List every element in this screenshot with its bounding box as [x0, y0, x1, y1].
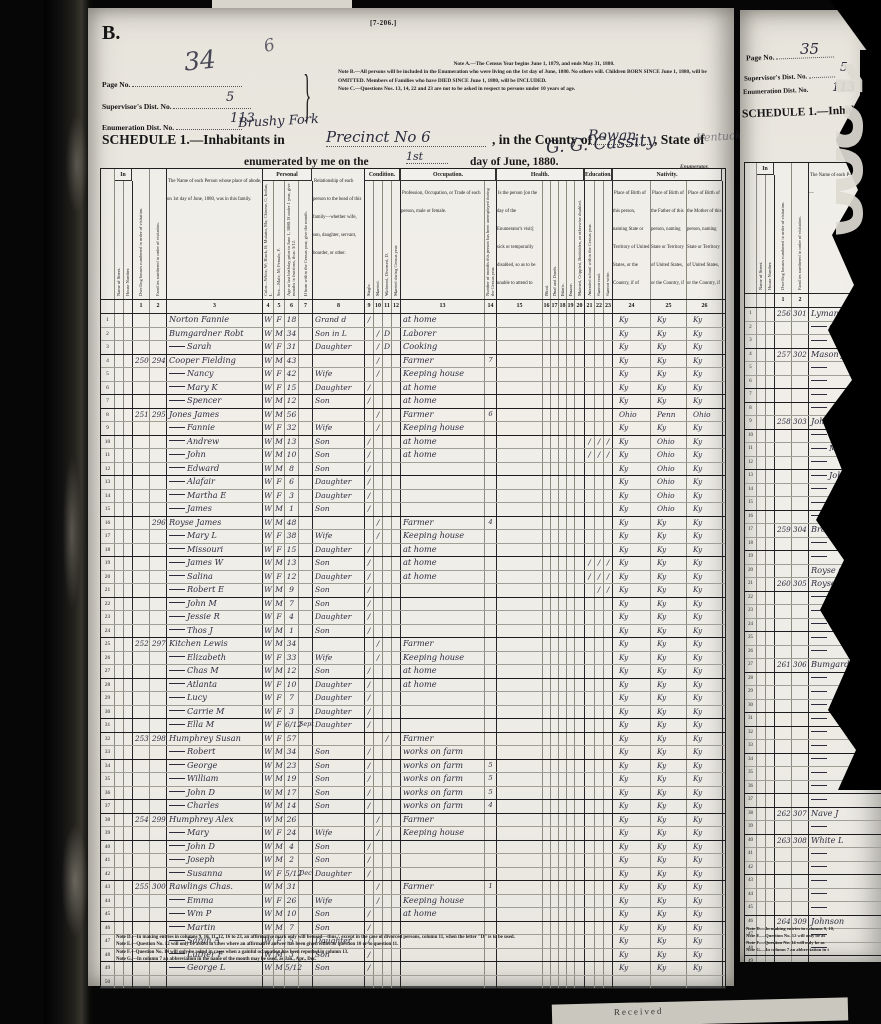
cell-mc — [392, 800, 401, 813]
cell-house — [766, 524, 775, 537]
cell-cw — [604, 854, 613, 867]
cell-in — [567, 409, 575, 422]
cell-sx: F — [274, 827, 285, 840]
cell-sc — [585, 814, 595, 827]
cell-c: W — [263, 868, 274, 881]
cell-dw — [775, 754, 792, 767]
cell-mc — [392, 476, 401, 489]
cell-street — [757, 497, 766, 510]
table-row: 9FannieWF32Wife/Keeping houseKyKyKy — [101, 421, 725, 435]
cell-ln: 31 — [101, 719, 115, 732]
cell-house — [124, 436, 133, 449]
cell-cw — [604, 611, 613, 624]
table-row: 7SpencerWM12Son/at homeKyKyKy — [101, 394, 725, 408]
cell-c: W — [263, 827, 274, 840]
cell-dw — [775, 713, 792, 726]
cell-nm: Wm P — [167, 908, 263, 921]
cell-mr: / — [374, 827, 383, 840]
cell-ln: 3 — [745, 335, 757, 348]
cell-street — [115, 719, 124, 732]
cell-mm — [575, 598, 585, 611]
cell-ag: 15 — [285, 544, 299, 557]
cell-mm — [575, 436, 585, 449]
cell-sick — [497, 328, 543, 341]
cell-oc: at home — [401, 908, 485, 921]
cell-mr — [374, 584, 383, 597]
cell-mr — [374, 382, 383, 395]
cell-rl: Son — [313, 557, 365, 570]
cell-nm: Spencer — [167, 395, 263, 408]
cell-pm: Ky — [687, 436, 723, 449]
cell-mo — [299, 814, 313, 827]
cell-dw — [775, 484, 792, 497]
cell-fm — [150, 368, 167, 381]
cell-house — [766, 443, 775, 456]
cell-bl — [543, 814, 551, 827]
cell-cw — [604, 773, 613, 786]
cell-cw — [604, 314, 613, 327]
cell-dw — [775, 565, 792, 578]
cell-house — [124, 787, 133, 800]
cell-house — [124, 517, 133, 530]
cell-cr — [595, 962, 604, 975]
cell-ln: 41 — [101, 854, 115, 867]
cell-fm: 294 — [150, 355, 167, 368]
cell-sc — [585, 800, 595, 813]
cell-fm — [150, 868, 167, 881]
cell-pm: Ky — [687, 449, 723, 462]
cell-bl — [543, 854, 551, 867]
cell-bl — [543, 409, 551, 422]
cell-street — [757, 416, 766, 429]
cell-mc — [392, 746, 401, 759]
cell-mc — [392, 881, 401, 894]
cell-sg: / — [365, 557, 374, 570]
cell-id — [559, 827, 567, 840]
cell-fm — [792, 659, 809, 672]
cell-sg: / — [365, 679, 374, 692]
cell-house — [766, 848, 775, 861]
cell-pm: Ky — [687, 652, 723, 665]
cell-fm — [792, 457, 809, 470]
cell-dw — [133, 719, 150, 732]
cell-sick — [497, 341, 543, 354]
cell-mr: / — [374, 355, 383, 368]
cell-mo — [299, 584, 313, 597]
cell-sick — [497, 976, 543, 989]
cell-oc: at home — [401, 436, 485, 449]
cell-oc: at home — [401, 449, 485, 462]
cell-pb: Ky — [613, 638, 651, 651]
cell-house — [124, 544, 133, 557]
cell-mu — [485, 854, 497, 867]
cell-rl: Son — [313, 463, 365, 476]
cell-mu — [485, 706, 497, 719]
cell-nm: Edward — [167, 463, 263, 476]
cell-cr: / — [595, 449, 604, 462]
column-number — [101, 300, 115, 313]
cell-sg: / — [365, 584, 374, 597]
film-frame-number: 1200 — [836, 58, 881, 388]
cell-mo — [299, 503, 313, 516]
cell-cw — [604, 827, 613, 840]
cell-mc — [392, 449, 401, 462]
cell-house — [766, 457, 775, 470]
cell-id — [559, 314, 567, 327]
table-row: 41JosephWM2Son/KyKyKy — [101, 853, 725, 867]
cell-sg: / — [365, 922, 374, 935]
cell-id — [559, 368, 567, 381]
cell-dw — [133, 895, 150, 908]
cell-house — [766, 322, 775, 335]
cell-df — [551, 719, 559, 732]
cell-cr — [595, 733, 604, 746]
cell-fm: 298 — [150, 733, 167, 746]
cell-house — [766, 821, 775, 834]
cell-house — [124, 611, 133, 624]
cell-fm — [150, 571, 167, 584]
cell-mc — [392, 976, 401, 989]
cell-pf: Ky — [651, 787, 687, 800]
column-label: If born within the Census year, give the… — [303, 183, 308, 296]
cell-street — [115, 868, 124, 881]
cell-ln: 19 — [101, 557, 115, 570]
cell-sick — [497, 679, 543, 692]
cell-dw — [775, 619, 792, 632]
cell-wd — [383, 787, 392, 800]
cell-bl — [543, 976, 551, 989]
column-number: 21 — [585, 300, 595, 313]
cell-mr — [374, 733, 383, 746]
cell-pf: Ky — [651, 557, 687, 570]
cell-id — [559, 800, 567, 813]
cell-pb: Ky — [613, 328, 651, 341]
cell-pm: Ky — [687, 517, 723, 530]
cell-mr — [374, 449, 383, 462]
column-header: Blind./ — [543, 181, 551, 299]
cell-nm: Nancy — [167, 368, 263, 381]
cell-sick — [497, 638, 543, 651]
cell-mo — [299, 800, 313, 813]
cell-dw — [775, 362, 792, 375]
cell-ln: 39 — [745, 821, 757, 834]
cell-dw — [775, 605, 792, 618]
column-header: Insane./ — [567, 181, 575, 299]
cell-ln: 15 — [101, 503, 115, 516]
cell-sc — [585, 490, 595, 503]
cell-sg: / — [365, 746, 374, 759]
cell-mo — [299, 544, 313, 557]
cell-ln: 10 — [745, 430, 757, 443]
cell-mu — [485, 733, 497, 746]
cell-in — [567, 908, 575, 921]
cell-fm — [150, 625, 167, 638]
cell-bl — [543, 881, 551, 894]
cell-sick — [497, 908, 543, 921]
cell-street — [115, 557, 124, 570]
cell-pm: Ky — [687, 881, 723, 894]
cell-cw — [604, 382, 613, 395]
cell-dw — [775, 781, 792, 794]
cell-mr — [374, 611, 383, 624]
column-header — [745, 163, 757, 293]
rp-sup-line — [809, 68, 835, 78]
cell-pf: Ky — [651, 598, 687, 611]
column-number: 1 — [133, 300, 150, 313]
cell-fm — [150, 962, 167, 975]
cell-dw — [775, 443, 792, 456]
cell-id — [559, 355, 567, 368]
cell-fm — [150, 436, 167, 449]
table-row: 12EdwardWM8Son/KyOhioKy — [101, 462, 725, 476]
cell-pm: Ky — [687, 908, 723, 921]
cell-mo — [299, 895, 313, 908]
cell-sc — [585, 476, 595, 489]
cell-ln: 9 — [745, 416, 757, 429]
cell-street — [115, 476, 124, 489]
cell-sx: F — [274, 652, 285, 665]
printed-notes: Note A.—The Census Year begins June 1, 1… — [338, 60, 730, 94]
cell-cr — [595, 841, 604, 854]
column-number: 20 — [575, 300, 585, 313]
cell-fm — [150, 976, 167, 989]
cell-cr — [595, 382, 604, 395]
cell-house — [124, 760, 133, 773]
cell-pf: Ky — [651, 679, 687, 692]
cell-nm: Elizabeth — [167, 652, 263, 665]
table-row: 3SarahWF31Daughter/DCookingKyKyKy — [101, 340, 725, 354]
cell-ag: 6 — [285, 476, 299, 489]
cell-wd — [383, 760, 392, 773]
cell-sx — [274, 976, 285, 989]
cell-house — [124, 341, 133, 354]
cell-mu — [485, 719, 497, 732]
cell-mr — [374, 395, 383, 408]
cell-mo — [299, 355, 313, 368]
cell-street — [115, 584, 124, 597]
cell-sg: / — [365, 314, 374, 327]
cell-bl — [543, 706, 551, 719]
cell-street — [757, 875, 766, 888]
column-header: Relationship of each person to the head … — [313, 169, 365, 299]
cell-oc — [401, 922, 485, 935]
column-number — [115, 300, 124, 313]
cell-nm: Lucy — [167, 692, 263, 705]
cell-sc — [585, 544, 595, 557]
cell-c: W — [263, 584, 274, 597]
cell-sc — [585, 854, 595, 867]
cell-mo — [299, 436, 313, 449]
cell-fm: 299 — [150, 814, 167, 827]
cell-ln: 11 — [745, 443, 757, 456]
cell-in — [567, 625, 575, 638]
cell-sick — [497, 598, 543, 611]
cell-mm — [575, 962, 585, 975]
table-row: 38262 307Nave J — [745, 807, 881, 821]
cell-house — [124, 530, 133, 543]
cell-id — [559, 760, 567, 773]
cell-wd — [383, 422, 392, 435]
cell-ln: 33 — [101, 746, 115, 759]
cell-ln: 23 — [101, 611, 115, 624]
cell-dw: 258 303 — [775, 416, 792, 429]
cell-oc — [401, 476, 485, 489]
cell-house — [766, 902, 775, 915]
cell-pf: Ky — [651, 517, 687, 530]
cell-dw — [133, 314, 150, 327]
cell-dw — [133, 922, 150, 935]
cell-sick — [497, 517, 543, 530]
cell-fm — [150, 692, 167, 705]
cell-dw — [133, 436, 150, 449]
cell-sg: / — [365, 571, 374, 584]
cell-pf: Ky — [651, 328, 687, 341]
cell-sg: / — [365, 692, 374, 705]
cell-street — [757, 443, 766, 456]
cell-wd — [383, 922, 392, 935]
cell-mc — [392, 571, 401, 584]
footnote-line: Note E.—Question No. 12 will only be as — [746, 933, 881, 940]
cell-street — [115, 733, 124, 746]
table-row: 30Carrie MWF3Daughter/KyKyKy — [101, 705, 725, 719]
cell-cr: / — [595, 557, 604, 570]
cell-in — [567, 517, 575, 530]
column-label: Married. — [375, 183, 380, 296]
cell-mu — [485, 314, 497, 327]
cell-mu — [485, 503, 497, 516]
cell-sx: F — [274, 382, 285, 395]
cell-pm: Ky — [687, 395, 723, 408]
cell-id — [559, 517, 567, 530]
cell-fm — [150, 922, 167, 935]
cell-pf: Ky — [651, 625, 687, 638]
cell-cw — [604, 814, 613, 827]
cell-pb: Ohio — [613, 409, 651, 422]
cell-oc: works on farm — [401, 787, 485, 800]
cell-dw — [133, 341, 150, 354]
cell-oc: at home — [401, 679, 485, 692]
cell-id — [559, 908, 567, 921]
cell-nm — [167, 976, 263, 989]
cell-cw — [604, 679, 613, 692]
cell-mc — [392, 598, 401, 611]
cell-mm — [575, 571, 585, 584]
cell-pm: Ky — [687, 422, 723, 435]
cell-in — [567, 571, 575, 584]
cell-cr — [595, 908, 604, 921]
cell-cr — [595, 868, 604, 881]
cell-df — [551, 476, 559, 489]
cell-pb: Ky — [613, 800, 651, 813]
cell-nm: Martin — [167, 922, 263, 935]
cell-dw: 256 301 — [775, 308, 792, 321]
cell-street — [757, 821, 766, 834]
column-number: 7 — [299, 300, 313, 313]
cell-mc — [392, 517, 401, 530]
cell-bl — [543, 760, 551, 773]
cell-df — [551, 557, 559, 570]
cell-mm — [575, 611, 585, 624]
cell-in — [567, 841, 575, 854]
cell-pf: Penn — [651, 409, 687, 422]
table-row: 27Chas MWM12Son/at homeKyKyKy — [101, 664, 725, 678]
cell-sc — [585, 881, 595, 894]
ditto-dash — [169, 656, 185, 657]
cell-sx: F — [274, 544, 285, 557]
cell-mo — [299, 368, 313, 381]
cell-pm: Ky — [687, 787, 723, 800]
cell-df — [551, 584, 559, 597]
cell-mc — [392, 341, 401, 354]
cell-mo: Dec — [299, 868, 313, 881]
cell-ln: 16 — [101, 517, 115, 530]
page-no-line — [132, 78, 242, 87]
cell-ag: 9 — [285, 584, 299, 597]
cell-mu — [485, 598, 497, 611]
cell-mo — [299, 665, 313, 678]
cell-sick — [497, 530, 543, 543]
cell-cr — [595, 787, 604, 800]
cell-house — [124, 490, 133, 503]
cell-fm — [792, 484, 809, 497]
cell-dw: 253 — [133, 733, 150, 746]
cell-sc — [585, 773, 595, 786]
cell-pm: Ky — [687, 463, 723, 476]
cell-cw — [604, 976, 613, 989]
cell-sick — [497, 611, 543, 624]
cell-cr — [595, 760, 604, 773]
cell-fm — [792, 875, 809, 888]
cell-street — [115, 854, 124, 867]
cell-sc — [585, 908, 595, 921]
cell-sg: / — [365, 598, 374, 611]
ditto-dash — [169, 697, 185, 698]
cell-house — [124, 449, 133, 462]
cell-cw: / — [604, 584, 613, 597]
cell-pf: Ohio — [651, 449, 687, 462]
cell-mm — [575, 706, 585, 719]
cell-ag: 48 — [285, 517, 299, 530]
cell-in — [567, 854, 575, 867]
cell-in — [567, 368, 575, 381]
cell-id — [559, 503, 567, 516]
column-group-header: In Cities. — [756, 163, 774, 175]
cell-cr — [595, 895, 604, 908]
cell-mc — [392, 544, 401, 557]
cell-house — [124, 814, 133, 827]
cell-pb: Ky — [613, 571, 651, 584]
cell-pm: Ky — [687, 598, 723, 611]
cell-cr — [595, 463, 604, 476]
cell-street — [115, 625, 124, 638]
cell-nm: Ella M — [167, 719, 263, 732]
cell-ag: 6/12 — [285, 719, 299, 732]
cell-in — [567, 530, 575, 543]
cell-street — [115, 814, 124, 827]
cell-rl: Daughter — [313, 692, 365, 705]
cell-bl — [543, 827, 551, 840]
cell-id — [559, 557, 567, 570]
cell-df — [551, 598, 559, 611]
cell-rl: Son — [313, 773, 365, 786]
cell-mr — [374, 841, 383, 854]
cell-sx: M — [274, 814, 285, 827]
cell-fm — [150, 422, 167, 435]
enum-dist-label: Enumeration Dist. No. — [102, 123, 174, 132]
cell-cw — [604, 841, 613, 854]
cell-cr — [595, 692, 604, 705]
cell-oc: Keeping house — [401, 422, 485, 435]
